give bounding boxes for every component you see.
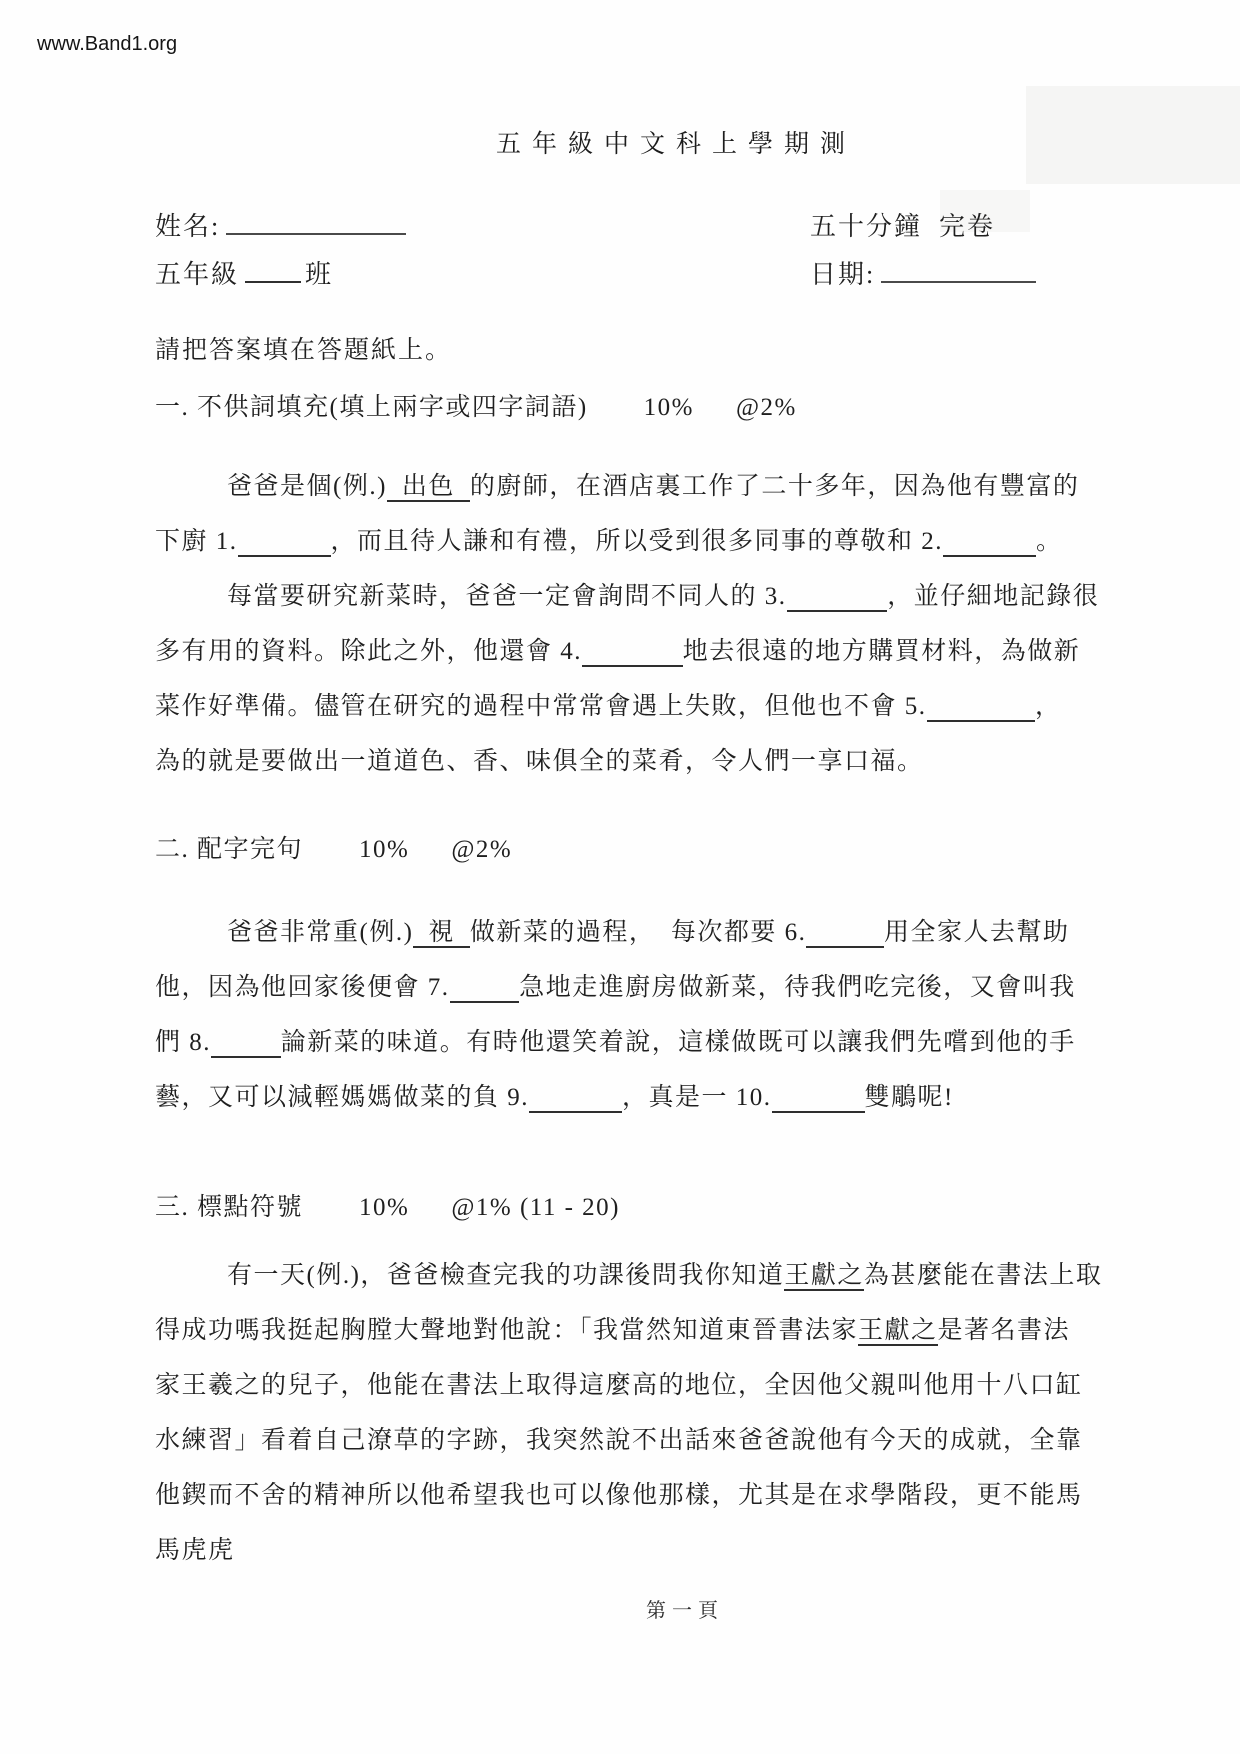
section-heading-text: 三. 標點符號 (155, 1194, 303, 1221)
text-segment: 有一天(例.)，爸爸檢查完我的功課後問我你知道 (227, 1262, 784, 1289)
page-title: 五年級中文科上學期測 (0, 124, 1240, 160)
site-watermark: www.Band1.org (37, 33, 177, 56)
section-marks-total: 10% (359, 1194, 409, 1221)
section-1: 一. 不供詞填充(填上兩字或四字詞語)10%@2% 爸爸是個(例.)出色的廚師，… (155, 393, 1092, 789)
section-marks-each: @1% (11 - 20) (451, 1194, 620, 1221)
exam-page: www.Band1.org 五年級中文科上學期測 姓名: 五十分鐘 完卷 五年級… (0, 0, 1240, 1754)
date-blank-line (881, 255, 1036, 283)
text-segment: 急地走進廚房做新菜，待我們吃完後，又會叫我 (519, 974, 1076, 1001)
text-line: 每當要研究新菜時，爸爸一定會詢問不同人的 3. ，並仔細地記錄很 (155, 569, 1092, 624)
section-2-heading: 二. 配字完句10%@2% (155, 835, 1092, 865)
text-segment: 論新菜的味道。有時他還笑着說，這樣做既可以讓我們先嚐到他的手 (281, 1029, 1076, 1056)
class-label-prefix: 五年級 (155, 260, 239, 289)
text-line: 爸爸非常重(例.)視做新菜的過程， 每次都要 6. 用全家人去幫助 (155, 905, 1092, 960)
text-line: 有一天(例.)，爸爸檢查完我的功課後問我你知道王獻之為甚麼能在書法上取 (155, 1248, 1092, 1303)
text-segment: 。 (1036, 528, 1063, 555)
class-row: 五年級班 (155, 254, 333, 291)
section-3-paragraph: 有一天(例.)，爸爸檢查完我的功課後問我你知道王獻之為甚麼能在書法上取得成功嗎我… (155, 1248, 1092, 1578)
blank-underline (211, 1029, 281, 1058)
section-1-heading: 一. 不供詞填充(填上兩字或四字詞語)10%@2% (155, 393, 1092, 423)
text-segment: 下廚 1. (155, 528, 238, 555)
section-3-heading: 三. 標點符號10%@1% (11 - 20) (155, 1193, 1092, 1223)
blank-underline (943, 528, 1036, 557)
text-segment: 為的就是要做出一道道色、香、味俱全的菜肴，令人們一享口福。 (155, 748, 924, 775)
text-segment: 得成功嗎我挺起胸膛大聲地對他說：「我當然知道東晉書法家 (155, 1317, 858, 1344)
text-line: 菜作好準備。儘管在研究的過程中常常會遇上失敗，但他也不會 5. ， (155, 679, 1092, 734)
section-marks-each: @2% (451, 836, 512, 863)
text-line: 得成功嗎我挺起胸膛大聲地對他說：「我當然知道東晉書法家王獻之是著名書法 (155, 1303, 1092, 1358)
text-segment: 用全家人去幫助 (884, 919, 1070, 946)
page-footer: 第一頁 (0, 1594, 1240, 1623)
text-segment: 地去很遠的地方購買材料，為做新 (683, 638, 1081, 665)
text-segment: 的廚師，在酒店裏工作了二十多年，因為他有豐富的 (470, 473, 1080, 500)
underlined-text: 王獻之 (858, 1317, 938, 1346)
text-line: 他，因為他回家後便會 7. 急地走進廚房做新菜，待我們吃完後，又會叫我 (155, 960, 1092, 1015)
blank-underline (772, 1084, 865, 1113)
section-heading-text: 二. 配字完句 (155, 836, 303, 863)
blank-underline (787, 583, 888, 612)
text-line: 為的就是要做出一道道色、香、味俱全的菜肴，令人們一享口福。 (155, 734, 1092, 789)
text-line: 家王羲之的兒子，他能在書法上取得這麼高的地位，全因他父親叫他用十八口缸 (155, 1358, 1092, 1413)
text-line: 多有用的資料。除此之外，他還會 4. 地去很遠的地方購買材料，為做新 (155, 624, 1092, 679)
text-segment: ，並仔細地記錄很 (887, 583, 1099, 610)
example-answer: 視 (413, 919, 470, 948)
text-line: 爸爸是個(例.)出色的廚師，在酒店裏工作了二十多年，因為他有豐富的 (155, 459, 1092, 514)
date-row: 日期: (810, 254, 1036, 291)
text-line: 水練習」看着自己潦草的字跡，我突然說不出話來爸爸說他有今天的成就，全靠 (155, 1413, 1092, 1468)
section-marks-total: 10% (359, 836, 409, 863)
name-row: 姓名: (155, 206, 406, 243)
time-limit-text: 五十分鐘 完卷 (810, 212, 995, 241)
text-segment: ，而且待人謙和有禮，所以受到很多同事的尊敬和 2. (331, 528, 944, 555)
time-limit-row: 五十分鐘 完卷 (810, 206, 995, 243)
text-segment: ，真是一 10. (622, 1084, 772, 1111)
text-segment: 他鍥而不舍的精神所以他希望我也可以像他那樣，尤其是在求學階段，更不能馬 (155, 1482, 1083, 1509)
name-label: 姓名: (155, 212, 220, 241)
text-segment: 馬虎虎 (155, 1537, 235, 1564)
text-line: 藝，又可以減輕媽媽做菜的負 9. ，真是一 10. 雙鵰呢! (155, 1070, 1092, 1125)
text-segment: 們 8. (155, 1029, 211, 1056)
text-segment: 雙鵰呢! (865, 1084, 954, 1111)
blank-underline (529, 1084, 622, 1113)
text-segment: 多有用的資料。除此之外，他還會 4. (155, 638, 582, 665)
text-segment: 菜作好準備。儘管在研究的過程中常常會遇上失敗，但他也不會 5. (155, 693, 927, 720)
section-marks-total: 10% (644, 394, 694, 421)
instruction-text: 請把答案填在答題紙上。 (155, 330, 452, 366)
section-marks-each: @2% (736, 394, 797, 421)
text-segment: 藝，又可以減輕媽媽做菜的負 9. (155, 1084, 529, 1111)
section-3: 三. 標點符號10%@1% (11 - 20) 有一天(例.)，爸爸檢查完我的功… (155, 1193, 1092, 1578)
text-segment: 家王羲之的兒子，他能在書法上取得這麼高的地位，全因他父親叫他用十八口缸 (155, 1372, 1083, 1399)
name-blank-line (226, 207, 406, 235)
text-segment: 每當要研究新菜時，爸爸一定會詢問不同人的 3. (227, 583, 787, 610)
text-segment: ， (1035, 693, 1062, 720)
section-2-paragraph: 爸爸非常重(例.)視做新菜的過程， 每次都要 6. 用全家人去幫助他，因為他回家… (155, 905, 1092, 1125)
section-heading-text: 一. 不供詞填充(填上兩字或四字詞語) (155, 394, 588, 421)
underlined-text: 王獻之 (784, 1262, 864, 1291)
blank-underline (238, 528, 331, 557)
text-segment: 爸爸非常重(例.) (227, 919, 413, 946)
text-line: 們 8. 論新菜的味道。有時他還笑着說，這樣做既可以讓我們先嚐到他的手 (155, 1015, 1092, 1070)
text-segment: 為甚麼能在書法上取 (864, 1262, 1103, 1289)
section-2: 二. 配字完句10%@2% 爸爸非常重(例.)視做新菜的過程， 每次都要 6. … (155, 835, 1092, 1125)
text-segment: 做新菜的過程， 每次都要 6. (470, 919, 807, 946)
text-segment: 他，因為他回家後便會 7. (155, 974, 450, 1001)
text-segment: 爸爸是個(例.) (227, 473, 387, 500)
blank-underline (582, 638, 683, 667)
class-label-suffix: 班 (305, 260, 333, 289)
blank-underline (806, 919, 884, 948)
blank-underline (450, 974, 520, 1003)
class-blank-line (245, 255, 301, 283)
text-segment: 是著名書法 (938, 1317, 1071, 1344)
section-1-paragraph: 爸爸是個(例.)出色的廚師，在酒店裏工作了二十多年，因為他有豐富的下廚 1. ，… (155, 459, 1092, 789)
text-segment: 水練習」看着自己潦草的字跡，我突然說不出話來爸爸說他有今天的成就，全靠 (155, 1427, 1083, 1454)
blank-underline (927, 693, 1036, 722)
text-line: 下廚 1. ，而且待人謙和有禮，所以受到很多同事的尊敬和 2. 。 (155, 514, 1092, 569)
text-line: 他鍥而不舍的精神所以他希望我也可以像他那樣，尤其是在求學階段，更不能馬 (155, 1468, 1092, 1523)
example-answer: 出色 (387, 473, 470, 502)
text-line: 馬虎虎 (155, 1523, 1092, 1578)
date-label: 日期: (810, 260, 875, 289)
